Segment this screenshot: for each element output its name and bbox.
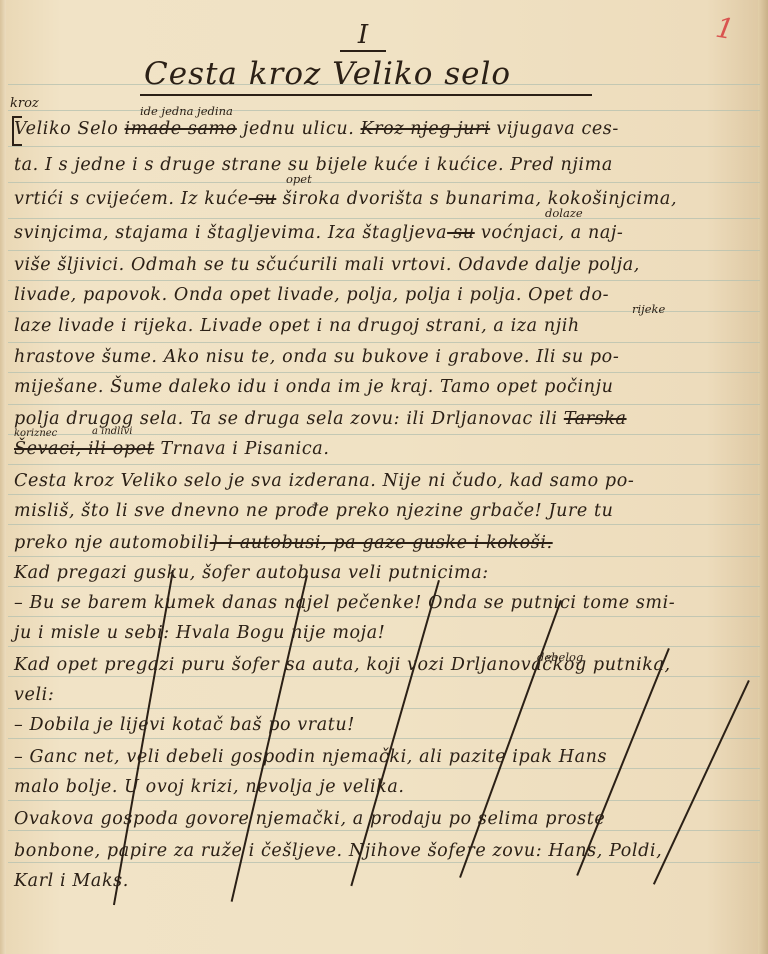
text-line: hrastove šume. Ako nisu te, onda su buko… [14, 346, 760, 368]
text-line: ta. I s jedne i s druge strane su bijele… [14, 154, 760, 176]
page-number: 1 [713, 11, 736, 47]
text-line: vrtići s cvijećem. Iz kuće su široka dvo… [14, 188, 760, 210]
text-line: više šljivici. Odmah se tu sčućurili mal… [14, 254, 760, 276]
ruled-line [8, 616, 760, 617]
ruled-line [8, 404, 760, 405]
ruled-line [8, 556, 760, 557]
text-line: laze livade i rijeka. Livade opet i na d… [14, 315, 760, 337]
insertion: ide jedna jedina [140, 104, 233, 118]
text-line: miješane. Šume daleko idu i onda im je k… [14, 376, 760, 398]
text-line: Kad opet pregazi puru šofer sa auta, koj… [14, 654, 760, 676]
text-line: – Dobila je lijevi kotač baš po vratu! [14, 714, 760, 736]
ruled-line [8, 110, 760, 111]
ruled-line [8, 646, 760, 647]
text-line: polja drugog sela. Ta se druga sela zovu… [14, 408, 760, 430]
text-line: Karl i Maks. [14, 870, 760, 892]
text-line: – Bu se barem kumek danas najel pečenke!… [14, 592, 760, 614]
text-line: Cesta kroz Veliko selo je sva izderana. … [14, 470, 760, 492]
ruled-line [8, 342, 760, 343]
text-line: misliš, što li sve dnevno ne prođe preko… [14, 500, 760, 522]
text-line: malo bolje. U ovoj krizi, nevolja je vel… [14, 776, 760, 798]
ruled-line [8, 372, 760, 373]
ruled-line [8, 182, 760, 183]
ruled-line [8, 586, 760, 587]
text-line: ju i misle u sebi: Hvala Bogu nije moja! [14, 622, 760, 644]
text-line: preko nje automobili} i autobusi, pa gaz… [14, 532, 760, 554]
ruled-line [8, 146, 760, 147]
page-edge-left [0, 0, 6, 954]
ruled-line [8, 708, 760, 709]
ruled-line [8, 800, 760, 801]
chapter-number: I [340, 22, 386, 52]
ruled-line [8, 830, 760, 831]
ruled-line [8, 218, 760, 219]
margin-note: kroz [10, 96, 39, 111]
ruled-line [8, 676, 760, 677]
text-line: Ševaci, ili opet Trnava i Pisanica. [14, 438, 760, 460]
ruled-line [8, 250, 760, 251]
text-line: Kad pregazi gusku, šofer autobusa veli p… [14, 562, 760, 584]
ruled-line [8, 738, 760, 739]
text-line: Veliko Selo imade samo jednu ulicu. Kroz… [14, 118, 760, 140]
ruled-line [8, 464, 760, 465]
text-line: livade, papovok. Onda opet livade, polja… [14, 284, 760, 306]
page-title: Cesta kroz Veliko selo [140, 56, 592, 96]
ruled-line [8, 280, 760, 281]
ruled-line [8, 524, 760, 525]
notebook-page: I 1 Cesta kroz Veliko selo kroz ide jedn… [0, 0, 768, 954]
ruled-line [8, 494, 760, 495]
text-line: bonbone, papire za ruže i češljeve. Njih… [14, 840, 760, 862]
text-line: svinjcima, stajama i štagljevima. Iza št… [14, 222, 760, 244]
